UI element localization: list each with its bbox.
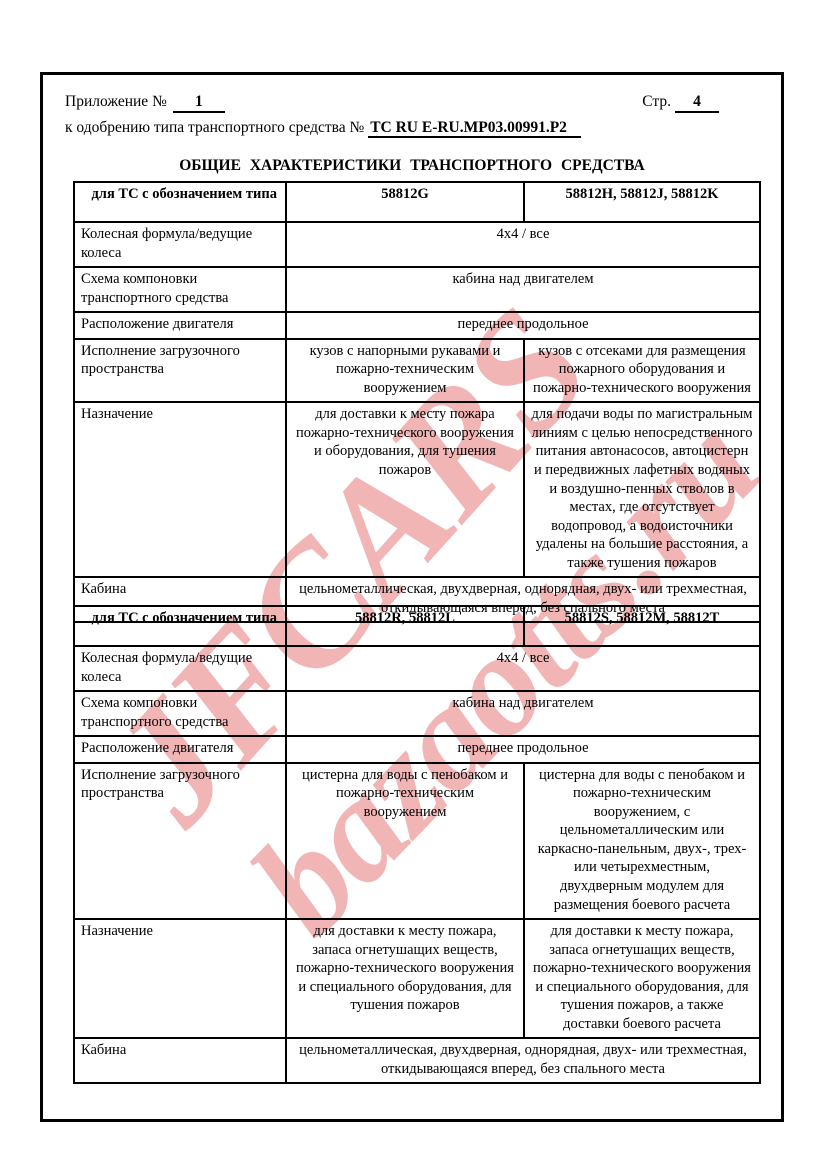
table1-header-col1: 58812G <box>286 182 524 222</box>
value-cell: для доставки к месту пожара, запаса огне… <box>524 919 760 1038</box>
row-label-cell: Схема компоновки транспортного средства <box>74 267 286 312</box>
value-cell: для подачи воды по магистральным линиям … <box>524 402 760 577</box>
value-cell: переднее продольное <box>286 312 760 339</box>
page-number: 4 <box>675 93 719 113</box>
row-label-cell: Кабина <box>74 1038 286 1083</box>
value-cell: 4х4 / все <box>286 646 760 691</box>
table-row: Колесная формула/ведущие колеса 4х4 / вс… <box>74 222 760 267</box>
table-row: Схема компоновки транспортного средства … <box>74 267 760 312</box>
value-cell: переднее продольное <box>286 736 760 763</box>
table1-header-label: для ТС с обозначением типа <box>74 182 286 222</box>
spec-table-2: для ТС с обозначением типа 58812R, 58812… <box>73 605 761 1084</box>
header-appendix-line: Приложение №1 Стр.4 <box>65 93 753 113</box>
page-title: ОБЩИЕ ХАРАКТЕРИСТИКИ ТРАНСПОРТНОГО СРЕДС… <box>43 157 781 175</box>
value-cell: кабина над двигателем <box>286 267 760 312</box>
value-cell: для доставки к месту пожара пожарно-техн… <box>286 402 524 577</box>
table-row: Кабина цельнометаллическая, двухдверная,… <box>74 1038 760 1083</box>
approval-prefix: к одобрению типа транспортного средства … <box>65 119 364 136</box>
table-row: Колесная формула/ведущие колеса 4х4 / вс… <box>74 646 760 691</box>
table-row: Схема компоновки транспортного средства … <box>74 691 760 736</box>
table1-header-row: для ТС с обозначением типа 58812G 58812H… <box>74 182 760 222</box>
value-cell: цельнометаллическая, двухдверная, одноря… <box>286 1038 760 1083</box>
table-row: Назначение для доставки к месту пожара, … <box>74 919 760 1038</box>
row-label-cell: Колесная формула/ведущие колеса <box>74 222 286 267</box>
table2-header-col2: 58812S, 58812M, 58812T <box>524 606 760 646</box>
table-row: Исполнение загрузочного пространства куз… <box>74 339 760 403</box>
page-number-block: Стр.4 <box>642 93 719 113</box>
row-label-cell: Назначение <box>74 402 286 577</box>
row-label-cell: Расположение двигателя <box>74 312 286 339</box>
document-page: Приложение №1 Стр.4 к одобрению типа тра… <box>0 0 827 1170</box>
page-border-frame: Приложение №1 Стр.4 к одобрению типа тра… <box>40 72 784 1122</box>
table1-header-col2: 58812H, 58812J, 58812K <box>524 182 760 222</box>
table-row: Расположение двигателя переднее продольн… <box>74 312 760 339</box>
table-row: Исполнение загрузочного пространства цис… <box>74 763 760 919</box>
row-label-cell: Схема компоновки транспортного средства <box>74 691 286 736</box>
value-cell: для доставки к месту пожара, запаса огне… <box>286 919 524 1038</box>
row-label-cell: Назначение <box>74 919 286 1038</box>
value-cell: 4х4 / все <box>286 222 760 267</box>
table-row: Расположение двигателя переднее продольн… <box>74 736 760 763</box>
value-cell: цистерна для воды с пенобаком и пожарно-… <box>286 763 524 919</box>
header-approval-line: к одобрению типа транспортного средства … <box>65 119 753 137</box>
appendix-number: 1 <box>173 93 225 113</box>
row-label-cell: Исполнение загрузочного пространства <box>74 763 286 919</box>
spec-table-1: для ТС с обозначением типа 58812G 58812H… <box>73 181 761 623</box>
row-label-cell: Расположение двигателя <box>74 736 286 763</box>
value-cell: кузов с напорными рукавами и пожарно-тех… <box>286 339 524 403</box>
row-label-cell: Колесная формула/ведущие колеса <box>74 646 286 691</box>
value-cell: цистерна для воды с пенобаком и пожарно-… <box>524 763 760 919</box>
table-row: Назначение для доставки к месту пожара п… <box>74 402 760 577</box>
approval-number: ТС RU E-RU.MP03.00991.P2 <box>368 119 581 138</box>
value-cell: кабина над двигателем <box>286 691 760 736</box>
value-cell: кузов с отсеками для размещения пожарног… <box>524 339 760 403</box>
page-label: Стр. <box>642 93 671 110</box>
appendix-label: Приложение № <box>65 93 167 110</box>
row-label-cell: Исполнение загрузочного пространства <box>74 339 286 403</box>
table2-header-row: для ТС с обозначением типа 58812R, 58812… <box>74 606 760 646</box>
table2-header-label: для ТС с обозначением типа <box>74 606 286 646</box>
table2-header-col1: 58812R, 58812L <box>286 606 524 646</box>
